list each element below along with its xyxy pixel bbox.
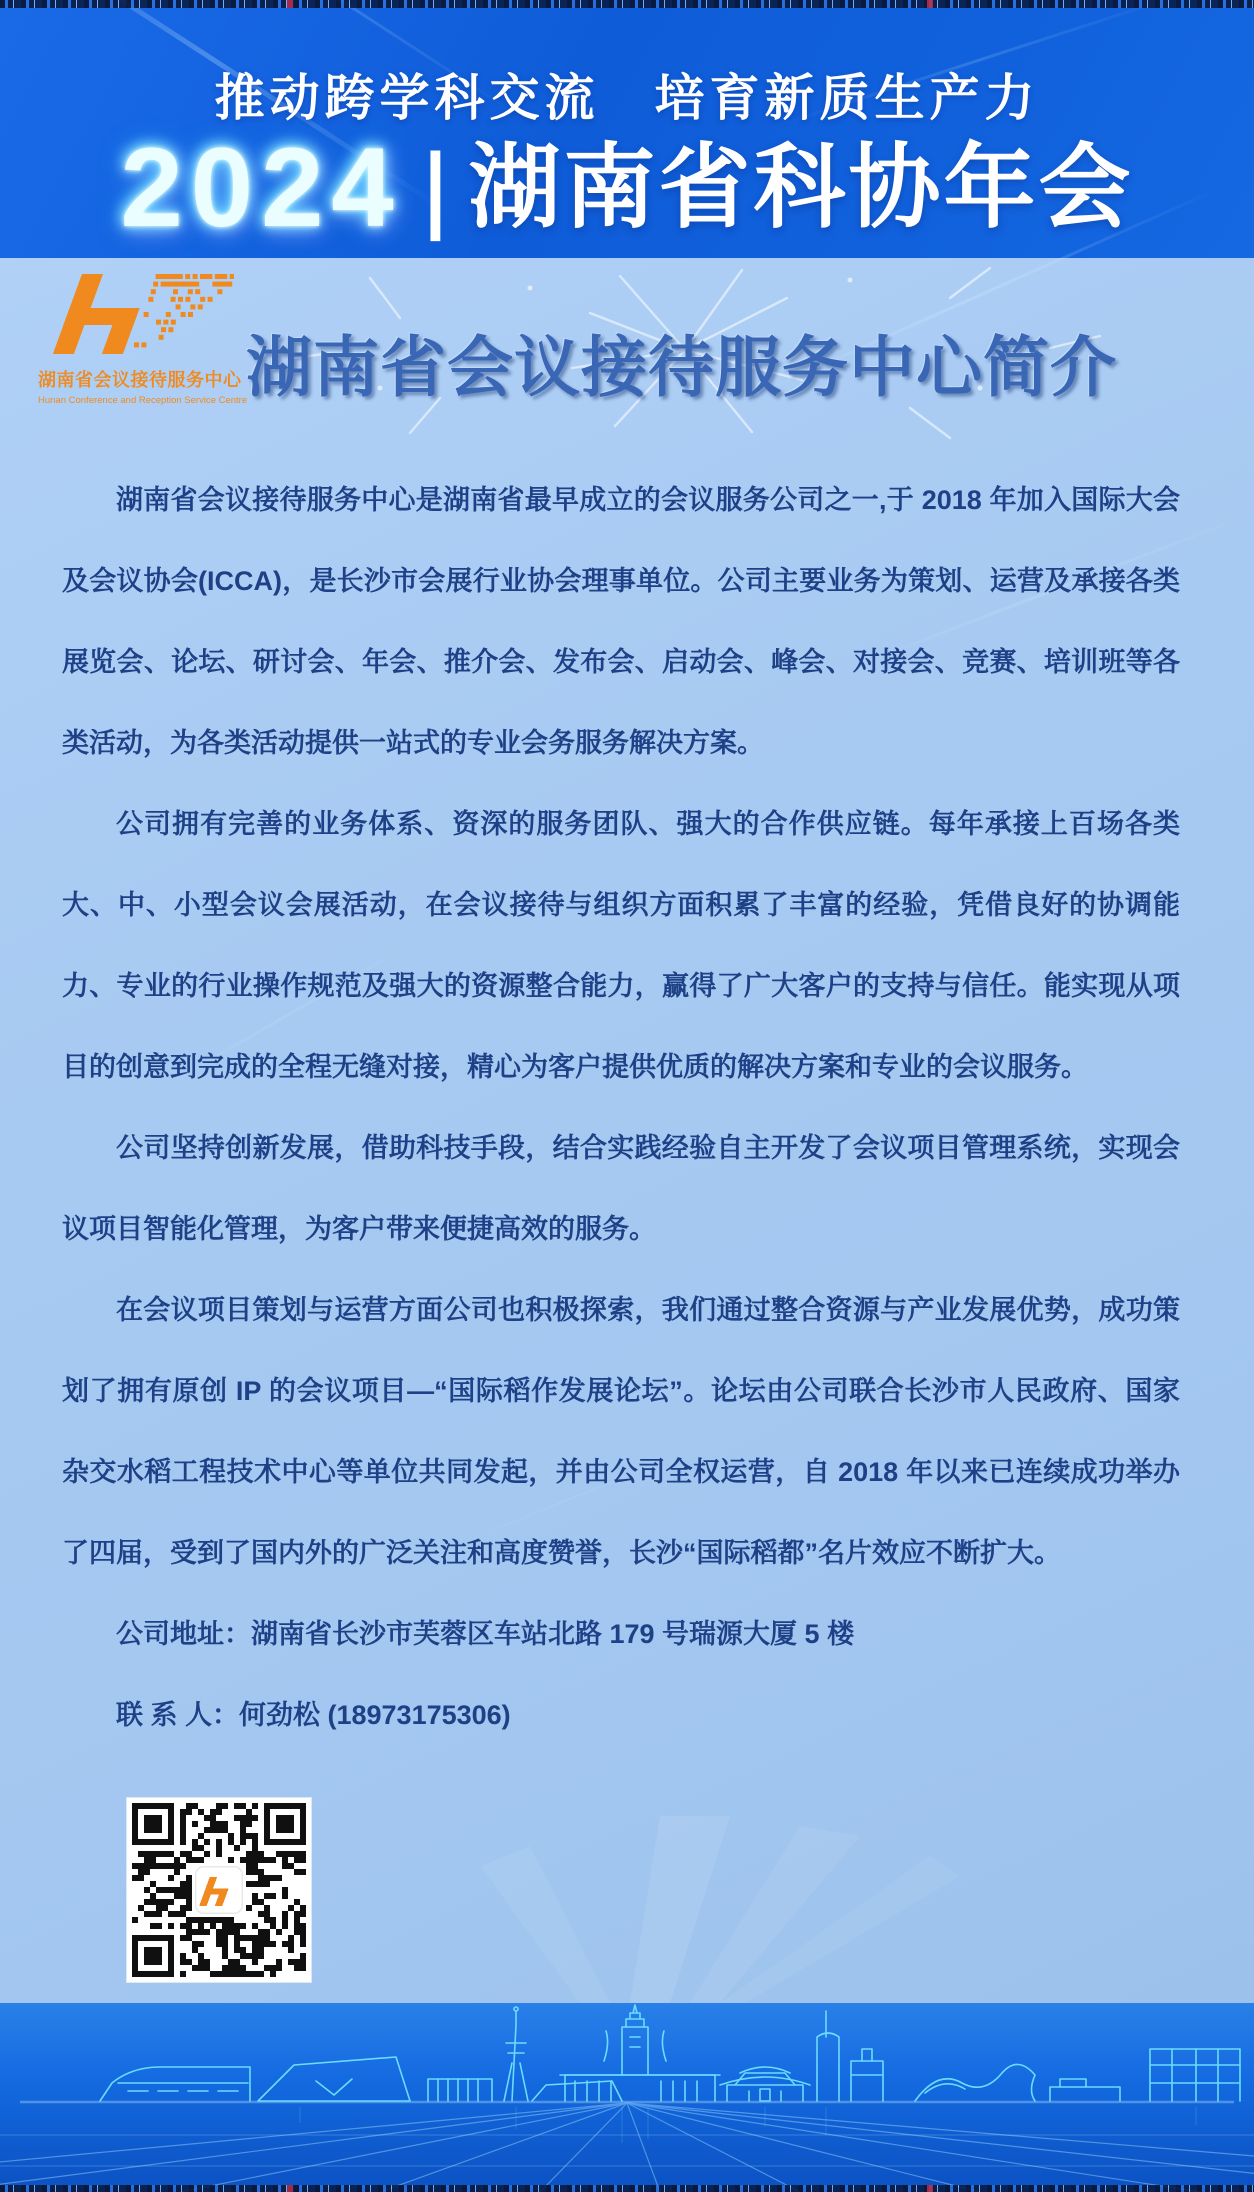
event-title-row: 2024 | 湖南省科协年会 — [0, 128, 1254, 248]
footer-band — [0, 2003, 1254, 2192]
qr-modules-icon — [132, 1803, 306, 1977]
skyline-illustration — [0, 2003, 1254, 2192]
hf-logo-icon — [38, 274, 234, 356]
poster-page: 推动跨学科交流 培育新质生产力 2024 | 湖南省科协年会 — [0, 0, 1254, 2192]
event-slogan: 推动跨学科交流 培育新质生产力 — [0, 58, 1254, 130]
event-title: 湖南省科协年会 — [469, 138, 1134, 238]
qr-center-logo — [196, 1867, 243, 1914]
event-banner: 推动跨学科交流 培育新质生产力 2024 | 湖南省科协年会 — [0, 0, 1254, 258]
contact-line: 联 系 人：何劲松 (18973175306) — [62, 1675, 1180, 1756]
intro-title: 湖南省会议接待服务中心简介 — [246, 314, 1117, 409]
divider-bar: | — [424, 140, 445, 236]
intro-paragraph: 公司拥有完善的业务体系、资深的服务团队、强大的合作供应链。每年承接上百场各类大、… — [62, 784, 1180, 1108]
hf-logo-block: 湖南省会议接待服务中心 Hunan Conference and Recepti… — [38, 274, 248, 406]
address-line: 公司地址：湖南省长沙市芙蓉区车站北路 179 号瑞源大厦 5 楼 — [62, 1594, 1180, 1675]
intro-paragraph: 湖南省会议接待服务中心是湖南省最早成立的会议服务公司之一,于 2018 年加入国… — [62, 460, 1180, 784]
intro-body: 湖南省会议接待服务中心是湖南省最早成立的会议服务公司之一,于 2018 年加入国… — [62, 460, 1180, 1756]
scan-noise-strip — [0, 0, 1254, 8]
scan-noise-strip — [0, 2185, 1254, 2192]
light-rays — [300, 1816, 1000, 2003]
logo-name-en: Hunan Conference and Reception Service C… — [38, 395, 248, 406]
intro-paragraph: 在会议项目策划与运营方面公司也积极探索，我们通过整合资源与产业发展优势，成功策划… — [62, 1270, 1180, 1594]
intro-paragraph: 公司坚持创新发展，借助科技手段，结合实践经验自主开发了会议项目管理系统，实现会议… — [62, 1108, 1180, 1270]
intro-section: 湖南省会议接待服务中心 Hunan Conference and Recepti… — [0, 258, 1254, 2003]
wechat-qr-code — [127, 1798, 311, 1982]
event-year-neon: 2024 — [120, 138, 401, 238]
logo-name-cn: 湖南省会议接待服务中心 — [38, 366, 248, 392]
